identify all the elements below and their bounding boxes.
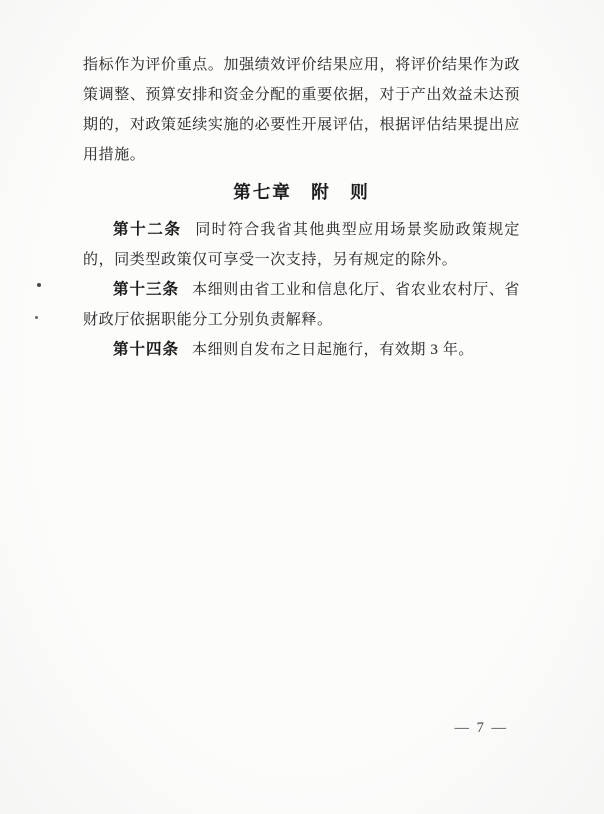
article-13-line-1: 第十三条本细则由省工业和信息化厅、省农业农村厅、省 [83, 275, 520, 305]
paragraph-line-3: 期的，对政策延续实施的必要性开展评估，根据评估结果提出应 [83, 110, 520, 140]
article-14-number: 第十四条 [113, 341, 179, 358]
article-14-text: 本细则自发布之日起施行，有效期 3 年。 [192, 342, 474, 358]
article-13-number: 第十三条 [113, 281, 179, 298]
paragraph-line-4: 用措施。 [83, 140, 520, 170]
margin-speck [35, 316, 38, 319]
document-page: 指标作为评价重点。加强绩效评价结果应用，将评价结果作为政 策调整、预算安排和资金… [0, 0, 604, 814]
article-13-line-2: 财政厅依据职能分工分别负责解释。 [83, 305, 520, 335]
page-number: — 7 — [455, 720, 509, 737]
article-13-text-start: 本细则由省工业和信息化厅、省农业农村厅、省 [192, 282, 520, 298]
article-12-number: 第十二条 [113, 221, 182, 238]
paragraph-line-2: 策调整、预算安排和资金分配的重要依据，对于产出效益未达预 [83, 80, 520, 110]
article-12-text-start: 同时符合我省其他典型应用场景奖励政策规定 [195, 222, 520, 238]
margin-speck [37, 283, 41, 287]
paragraph-line-1: 指标作为评价重点。加强绩效评价结果应用，将评价结果作为政 [83, 50, 520, 80]
chapter-heading: 第七章 附 则 [83, 177, 520, 207]
article-12-line-2: 的，同类型政策仅可享受一次支持，另有规定的除外。 [83, 245, 520, 275]
article-14-line: 第十四条本细则自发布之日起施行，有效期 3 年。 [83, 335, 520, 365]
document-body: 指标作为评价重点。加强绩效评价结果应用，将评价结果作为政 策调整、预算安排和资金… [83, 50, 520, 365]
article-12-line-1: 第十二条同时符合我省其他典型应用场景奖励政策规定 [83, 215, 520, 245]
